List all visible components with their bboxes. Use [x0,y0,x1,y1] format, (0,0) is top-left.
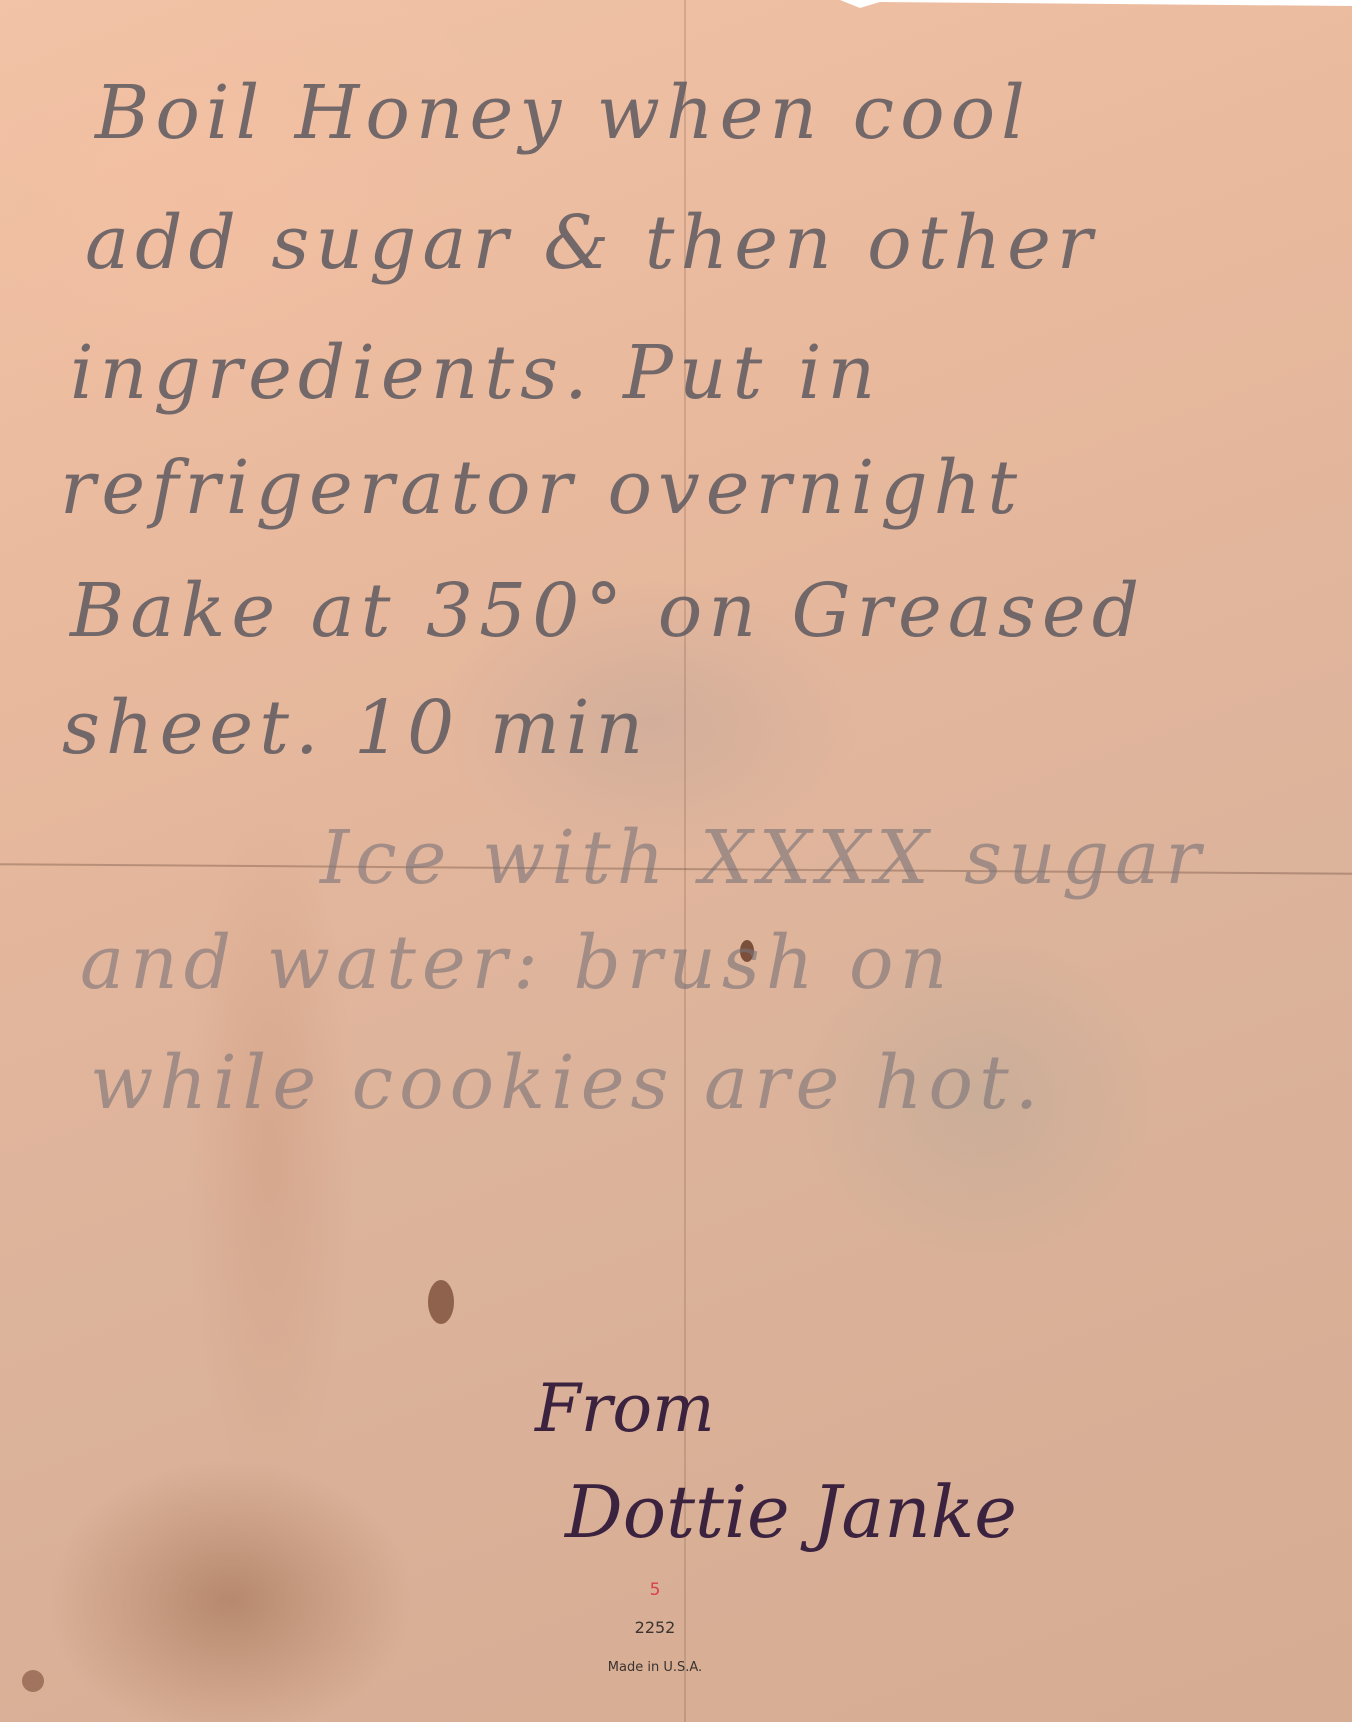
recipe-line-7: Ice with XXXX sugar [320,815,1207,901]
recipe-line-3: ingredients. Put in [70,330,881,416]
stain-spot [428,1280,454,1324]
recipe-line-9: while cookies are hot. [90,1040,1044,1126]
stain-spot [22,1670,44,1692]
recipe-line-6: sheet. 10 min [62,685,649,771]
recipe-line-5: Bake at 350° on Greased [70,568,1145,654]
signature-name: Dottie Janke [565,1470,1017,1554]
recipe-line-4: refrigerator overnight [60,445,1023,531]
recipe-line-2: add sugar & then other [85,200,1098,286]
recipe-line-1: Boil Honey when cool [95,70,1031,156]
signature-from: From [535,1370,715,1447]
printed-form-number: 2252 [620,1618,690,1637]
recipe-line-8: and water: brush on [80,920,953,1006]
printed-red-number: 5 [645,1580,665,1600]
printed-made-in-usa: Made in U.S.A. [580,1660,730,1675]
